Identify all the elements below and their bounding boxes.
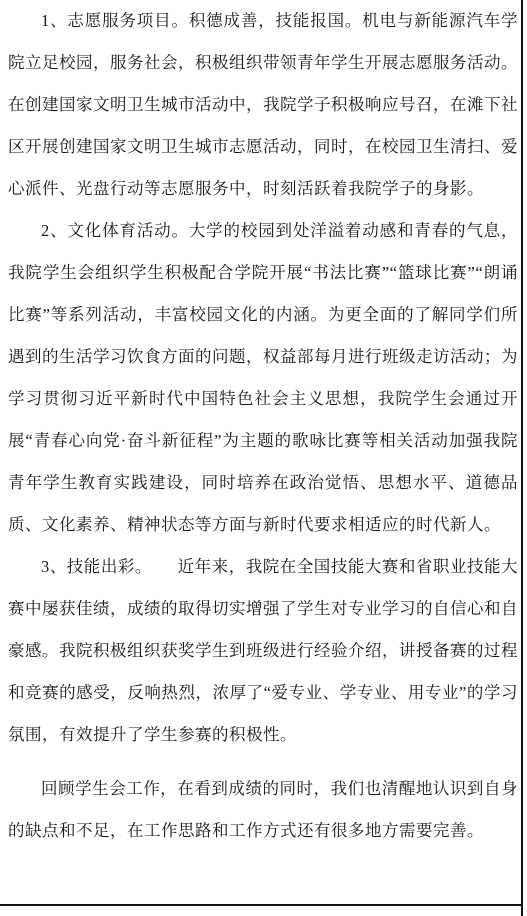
paragraph: 回顾学生会工作，在看到成绩的同时，我们也清醒地认识到自身的缺点和不足，在工作思路… bbox=[8, 768, 518, 852]
paragraph: 3、技能出彩。 近年来，我院在全国技能大赛和省职业技能大赛中屡获佳绩，成绩的取得… bbox=[8, 546, 518, 756]
document-page: 1、志愿服务项目。积德成善，技能报国。机电与新能源汽车学院立足校园，服务社会，积… bbox=[0, 0, 527, 916]
paragraph: 1、志愿服务项目。积德成善，技能报国。机电与新能源汽车学院立足校园，服务社会，积… bbox=[8, 0, 518, 210]
document-text-area: 1、志愿服务项目。积德成善，技能报国。机电与新能源汽车学院立足校园，服务社会，积… bbox=[8, 0, 518, 852]
page-right-border bbox=[521, 0, 523, 916]
page-bottom-border bbox=[0, 904, 523, 906]
paragraph: 2、文化体育活动。大学的校园到处洋溢着动感和青春的气息，我院学生会组织学生积极配… bbox=[8, 210, 518, 546]
